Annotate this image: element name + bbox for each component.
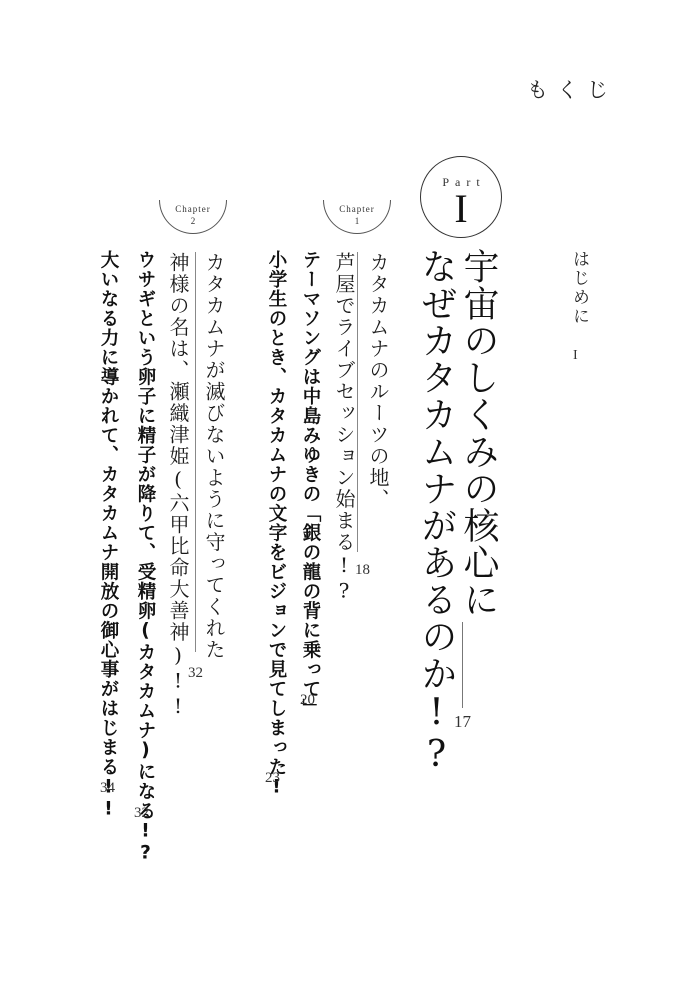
- intro-title[interactable]: はじめに: [567, 250, 592, 326]
- chapter-1-badge: Chapter 1: [323, 200, 391, 234]
- part-leader-rule: [462, 622, 463, 708]
- chapter-1-entry-2-page: 23: [265, 770, 280, 787]
- intro-page-number: I: [573, 348, 578, 364]
- chapter-1-title-rule: [357, 252, 358, 552]
- chapter-2-title-rule: [195, 252, 196, 652]
- chapter-1-title-line-1[interactable]: カタカムナのルーツの地、: [367, 252, 389, 510]
- chapter-2-entry-1[interactable]: ウサギという卵子に精子が降りて、受精卵(カタカムナ)になる!?: [134, 250, 156, 865]
- chapter-label: Chapter: [324, 204, 390, 214]
- part-number: I: [421, 187, 501, 231]
- chapter-number: 2: [160, 216, 226, 226]
- chapter-1-entry-1-page: 20: [300, 692, 315, 709]
- chapter-1-title-line-2[interactable]: 芦屋でライブセッション始まる!?: [333, 252, 355, 604]
- part-page-number: 17: [454, 712, 471, 732]
- chapter-2-badge: Chapter 2: [159, 200, 227, 234]
- chapter-number: 1: [324, 216, 390, 226]
- chapter-2-entry-2-page: 34: [100, 780, 115, 797]
- chapter-1-entry-1[interactable]: テーマソングは中島みゆきの「銀の龍の背に乗って」: [299, 250, 321, 718]
- chapter-2-title-line-2[interactable]: 神様の名は、瀬織津姫(六甲比命大善神)!!: [167, 252, 189, 720]
- part-title-line-2[interactable]: なぜカタカムナがあるのか!?: [417, 248, 455, 776]
- toc-title: もくじ: [527, 74, 617, 104]
- part-title-line-1[interactable]: 宇宙のしくみの核心に: [459, 248, 497, 618]
- chapter-1-page-number: 18: [355, 562, 370, 579]
- chapter-2-title-line-1[interactable]: カタカムナが滅びないように守ってくれた: [203, 252, 225, 661]
- chapter-2-entry-2[interactable]: 大いなる力に導かれて、カタカムナ開放の御心事がはじまる!!: [97, 250, 119, 821]
- part-badge: Part I: [420, 156, 502, 238]
- chapter-2-entry-1-page: 32: [134, 805, 149, 822]
- chapter-label: Chapter: [160, 204, 226, 214]
- chapter-2-page-number: 32: [188, 665, 203, 682]
- chapter-1-entry-2[interactable]: 小学生のとき、カタカムナの文字をビジョンで見てしまった!: [265, 250, 287, 799]
